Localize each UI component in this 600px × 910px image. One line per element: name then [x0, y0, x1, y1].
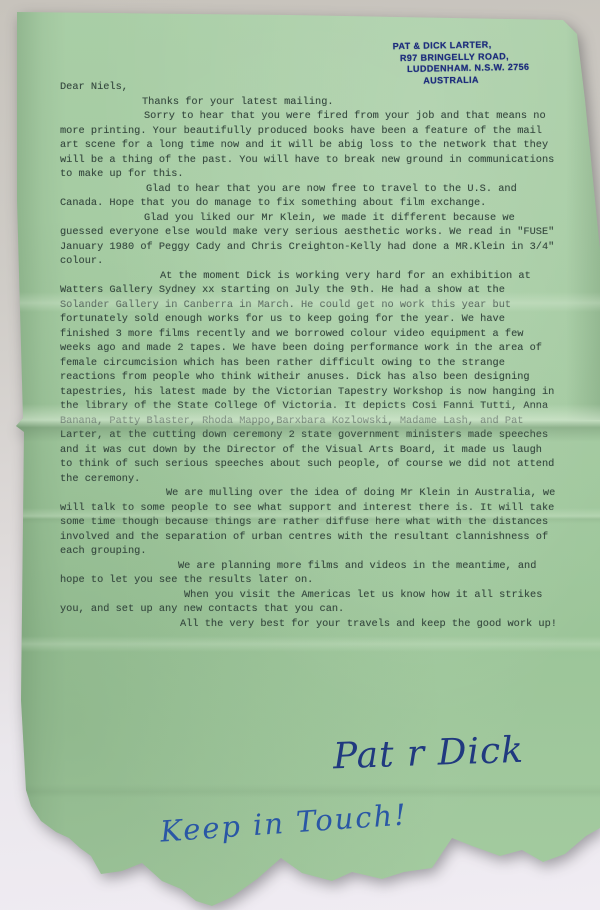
paragraph: Thanks for your latest mailing. [60, 95, 560, 110]
letter-body: Dear Niels, Thanks for your latest maili… [60, 80, 560, 631]
paragraph: Glad you liked our Mr Klein, we made it … [60, 211, 560, 269]
fold-crease [0, 636, 600, 652]
closing-line: All the very best for your travels and k… [60, 617, 560, 632]
paper-edge-shadow-right [560, 0, 600, 420]
paragraph: Sorry to hear that you were fired from y… [60, 109, 560, 182]
paragraph: We are mulling over the idea of doing Mr… [60, 486, 560, 559]
paragraph: At the moment Dick is working very hard … [60, 269, 560, 487]
letter-paper-wrap: PAT & DICK LARTER, R97 BRINGELLY ROAD, L… [0, 0, 600, 910]
paragraph: When you visit the Americas let us know … [60, 588, 560, 617]
paragraph: Glad to hear that you are now free to tr… [60, 182, 560, 211]
photo-background: PAT & DICK LARTER, R97 BRINGELLY ROAD, L… [0, 0, 600, 910]
stamp-line-city: LUDDENHAM. N.S.W. 2756 [393, 62, 530, 76]
letter-paper: PAT & DICK LARTER, R97 BRINGELLY ROAD, L… [0, 0, 600, 910]
salutation: Dear Niels, [60, 80, 560, 95]
paragraph: We are planning more films and videos in… [60, 559, 560, 588]
paper-edge-shadow-left [14, 0, 66, 910]
keep-in-touch-note: Keep in Touch! [159, 797, 409, 848]
fold-crease [0, 784, 600, 798]
signature-handwritten: Pat r Dick [332, 730, 524, 778]
